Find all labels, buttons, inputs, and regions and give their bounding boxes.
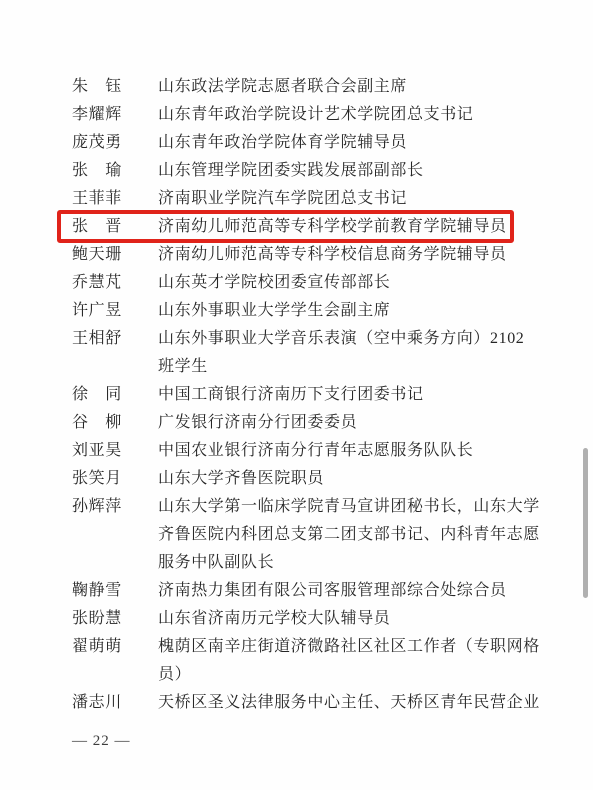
person-title: 中国农业银行济南分行青年志愿服务队队长 — [158, 437, 550, 465]
person-name: 张 瑜 — [72, 157, 124, 185]
person-name: 刘亚昊 — [72, 437, 124, 465]
title-line: 山东青年政治学院设计艺术学院团总支书记 — [158, 101, 550, 129]
roster-row: 许广昱山东外事职业大学学生会副主席 — [0, 297, 593, 325]
title-line: 山东省济南历元学校大队辅导员 — [158, 605, 550, 633]
person-title: 山东管理学院团委实践发展部副部长 — [158, 157, 550, 185]
roster-list: 朱 钰山东政法学院志愿者联合会副主席李耀辉山东青年政治学院设计艺术学院团总支书记… — [0, 73, 593, 717]
document-page: 朱 钰山东政法学院志愿者联合会副主席李耀辉山东青年政治学院设计艺术学院团总支书记… — [0, 0, 593, 790]
person-name: 王相舒 — [72, 325, 124, 353]
person-title: 济南幼儿师范高等专科学校信息商务学院辅导员 — [158, 241, 550, 269]
person-name: 翟萌萌 — [72, 633, 124, 661]
roster-row: 张 瑜山东管理学院团委实践发展部副部长 — [0, 157, 593, 185]
person-name: 潘志川 — [72, 689, 124, 717]
person-title: 济南职业学院汽车学院团总支书记 — [158, 185, 550, 213]
scrollbar-thumb[interactable] — [583, 448, 588, 598]
title-line: 济南幼儿师范高等专科学校学前教育学院辅导员 — [158, 213, 550, 241]
title-line: 山东政法学院志愿者联合会副主席 — [158, 73, 550, 101]
roster-row: 张盼慧山东省济南历元学校大队辅导员 — [0, 605, 593, 633]
person-name: 张盼慧 — [72, 605, 124, 633]
person-name: 庞茂勇 — [72, 129, 124, 157]
title-line: 山东大学齐鲁医院职员 — [158, 465, 550, 493]
title-line: 员） — [158, 661, 550, 689]
roster-row: 翟萌萌槐荫区南辛庄街道济微路社区社区工作者（专职网格员） — [0, 633, 593, 689]
roster-row: 张 晋济南幼儿师范高等专科学校学前教育学院辅导员 — [0, 213, 593, 241]
person-name: 孙辉萍 — [72, 493, 124, 521]
person-name: 张笑月 — [72, 465, 124, 493]
title-line: 山东英才学院校团委宣传部部长 — [158, 269, 550, 297]
title-line: 槐荫区南辛庄街道济微路社区社区工作者（专职网格 — [158, 633, 550, 661]
person-title: 天桥区圣义法律服务中心主任、天桥区青年民营企业 — [158, 689, 550, 717]
roster-row: 谷 柳广发银行济南分行团委委员 — [0, 409, 593, 437]
title-line: 班学生 — [158, 353, 550, 381]
title-line: 天桥区圣义法律服务中心主任、天桥区青年民营企业 — [158, 689, 550, 717]
title-line: 山东大学第一临床学院青马宣讲团秘书长，山东大学 — [158, 493, 550, 521]
person-title: 山东大学第一临床学院青马宣讲团秘书长，山东大学齐鲁医院内科团总支第二团支部书记、… — [158, 493, 550, 577]
person-title: 山东青年政治学院体育学院辅导员 — [158, 129, 550, 157]
title-line: 齐鲁医院内科团总支第二团支部书记、内科青年志愿 — [158, 521, 550, 549]
roster-row: 乔慧芃山东英才学院校团委宣传部部长 — [0, 269, 593, 297]
title-line: 山东青年政治学院体育学院辅导员 — [158, 129, 550, 157]
person-name: 李耀辉 — [72, 101, 124, 129]
person-name: 鲍天珊 — [72, 241, 124, 269]
person-title: 山东政法学院志愿者联合会副主席 — [158, 73, 550, 101]
roster-row: 庞茂勇山东青年政治学院体育学院辅导员 — [0, 129, 593, 157]
roster-row: 张笑月山东大学齐鲁医院职员 — [0, 465, 593, 493]
title-line: 中国工商银行济南历下支行团委书记 — [158, 381, 550, 409]
person-title: 山东青年政治学院设计艺术学院团总支书记 — [158, 101, 550, 129]
person-title: 中国工商银行济南历下支行团委书记 — [158, 381, 550, 409]
title-line: 服务中队副队长 — [158, 549, 550, 577]
roster-row: 刘亚昊中国农业银行济南分行青年志愿服务队队长 — [0, 437, 593, 465]
person-title: 山东英才学院校团委宣传部部长 — [158, 269, 550, 297]
person-title: 山东大学齐鲁医院职员 — [158, 465, 550, 493]
roster-row: 潘志川天桥区圣义法律服务中心主任、天桥区青年民营企业 — [0, 689, 593, 717]
title-line: 山东管理学院团委实践发展部副部长 — [158, 157, 550, 185]
title-line: 广发银行济南分行团委委员 — [158, 409, 550, 437]
person-title: 济南热力集团有限公司客服管理部综合处综合员 — [158, 577, 550, 605]
title-line: 济南职业学院汽车学院团总支书记 — [158, 185, 550, 213]
person-title: 山东省济南历元学校大队辅导员 — [158, 605, 550, 633]
person-title: 广发银行济南分行团委委员 — [158, 409, 550, 437]
person-name: 谷 柳 — [72, 409, 124, 437]
person-title: 济南幼儿师范高等专科学校学前教育学院辅导员 — [158, 213, 550, 241]
roster-row: 鞠静雪济南热力集团有限公司客服管理部综合处综合员 — [0, 577, 593, 605]
title-line: 山东外事职业大学音乐表演（空中乘务方向）2102 — [158, 325, 550, 353]
roster-row: 王相舒山东外事职业大学音乐表演（空中乘务方向）2102班学生 — [0, 325, 593, 381]
roster-row: 李耀辉山东青年政治学院设计艺术学院团总支书记 — [0, 101, 593, 129]
roster-row: 朱 钰山东政法学院志愿者联合会副主席 — [0, 73, 593, 101]
title-line: 中国农业银行济南分行青年志愿服务队队长 — [158, 437, 550, 465]
person-name: 乔慧芃 — [72, 269, 124, 297]
person-title: 槐荫区南辛庄街道济微路社区社区工作者（专职网格员） — [158, 633, 550, 689]
roster-row: 鲍天珊济南幼儿师范高等专科学校信息商务学院辅导员 — [0, 241, 593, 269]
roster-row: 王菲菲济南职业学院汽车学院团总支书记 — [0, 185, 593, 213]
person-title: 山东外事职业大学学生会副主席 — [158, 297, 550, 325]
person-name: 许广昱 — [72, 297, 124, 325]
page-number: — 22 — — [72, 727, 131, 755]
person-title: 山东外事职业大学音乐表演（空中乘务方向）2102班学生 — [158, 325, 550, 381]
person-name: 王菲菲 — [72, 185, 124, 213]
title-line: 山东外事职业大学学生会副主席 — [158, 297, 550, 325]
person-name: 鞠静雪 — [72, 577, 124, 605]
person-name: 徐 同 — [72, 381, 124, 409]
person-name: 张 晋 — [72, 213, 124, 241]
person-name: 朱 钰 — [72, 73, 124, 101]
roster-row: 孙辉萍山东大学第一临床学院青马宣讲团秘书长，山东大学齐鲁医院内科团总支第二团支部… — [0, 493, 593, 577]
roster-row: 徐 同中国工商银行济南历下支行团委书记 — [0, 381, 593, 409]
title-line: 济南热力集团有限公司客服管理部综合处综合员 — [158, 577, 550, 605]
title-line: 济南幼儿师范高等专科学校信息商务学院辅导员 — [158, 241, 550, 269]
